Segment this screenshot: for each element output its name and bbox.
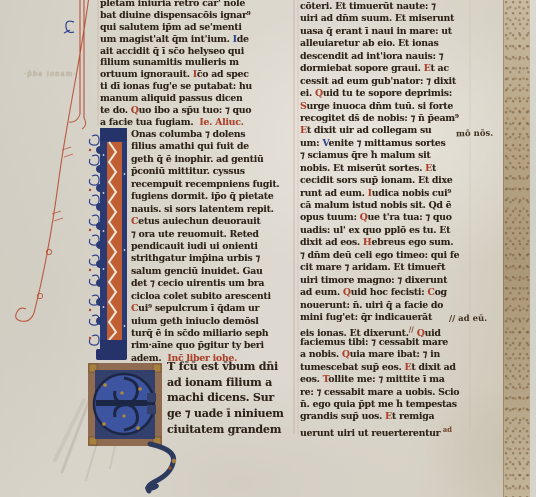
text-line: dormiebat sopore graui. Et ac xyxy=(300,63,469,75)
text-line: manum aliquid passus dicen xyxy=(100,93,288,105)
text-line: recogitet ds̄ de nobis: ⁊ n̄ p̄eam⁹ xyxy=(300,113,469,125)
text-line: runt ad eum. Iudica nobis cui⁹ xyxy=(300,188,469,200)
text-line: re: ⁊ cessabit mare a uobis. Scio xyxy=(300,387,469,399)
text-line: a facie tua fugiam. Ie. Aliuc. xyxy=(100,117,288,129)
text-line: ⁊ dn̄m deū celi ego timeo: qui fe xyxy=(300,250,469,262)
text-line: ciuitatem grandem xyxy=(167,422,290,438)
text-line: machi dicens. Sur xyxy=(167,390,290,406)
text-line: ad eum. Quid hoc fecisti: Cog xyxy=(300,287,469,299)
text-line: ⁊ ora ute reuomuit. Reted xyxy=(131,229,288,241)
text-line: Surge inuoca dn̄m tuū. si forte xyxy=(300,101,469,113)
illuminated-initial-e xyxy=(88,363,176,492)
text-line: te do. Quo ibo a sp̄u tuo: ⁊ quo xyxy=(100,105,288,117)
text-line: cecidit sors sup̄ ionam. Et dixe xyxy=(300,175,469,187)
text-line: geth q̄ ē inophir. ad gentiū xyxy=(131,154,288,166)
text-line: cā malum istud nobis sit. Qd ē xyxy=(300,200,469,212)
text-line: uiri timore magno: ⁊ dixerunt xyxy=(300,275,469,287)
left-column-incipit-text: T fc̄ū est v̄bum dn̄iad ionam filium ama… xyxy=(167,359,290,437)
text-line: opus tuum: Que t'ra tua: ⁊ quo xyxy=(300,212,469,224)
marginal-note-mid: // ad eū. xyxy=(449,314,487,324)
text-line: uerunt uiri ut reuerterentur ad xyxy=(300,424,469,436)
text-line: nauis. si sors latentem repit. xyxy=(131,204,288,216)
text-line: ad ionam filium a xyxy=(167,375,290,391)
text-line: ait accidit q̄ ī sc̄o helyseo qui xyxy=(100,46,288,58)
text-line: ortuum ignorauit. Ic̄o ad spec xyxy=(100,69,288,81)
manuscript-page: pletam iniuriā retro car' nolebat diuine… xyxy=(0,0,536,497)
text-line: dixit ad eos. Hebreus ego sum. xyxy=(300,237,469,249)
text-line: filius amathi qui fuit de xyxy=(131,141,288,153)
text-line: filium sunamitis mulieris m xyxy=(100,57,288,69)
text-line: eis ionas. Et dixerunt.// Quid xyxy=(300,324,469,336)
text-line: Et dixit uir ad collegam su xyxy=(300,125,469,137)
text-line: turq̄ ē in sc̄do miliario seph xyxy=(131,328,288,340)
text-line: tumescebat sup̄ eos. Et dixit ad xyxy=(300,362,469,374)
text-line: um: Venite ⁊ mittamus sortes xyxy=(300,138,469,150)
text-line: faciemus tibi: ⁊ cessabit mare xyxy=(300,337,469,349)
text-line: uasa q̄ erant ī naui in mare: ut xyxy=(300,26,469,38)
text-line: recempuit recempniens fugit. xyxy=(131,179,288,191)
text-line: ge ⁊ uade ī niniuem xyxy=(167,406,290,422)
text-line: a nobis. Quia mare ibat: ⁊ in xyxy=(300,349,469,361)
text-line: salum genciū inuidet. Gau xyxy=(131,266,288,278)
text-line: uiri ad dn̄m suum. Et miserunt xyxy=(300,13,469,25)
left-column-upper-text: pletam iniuriā retro car' nolebat diuine… xyxy=(100,0,288,129)
text-line: bat diuine dispensacōis ignar⁹ xyxy=(100,10,288,22)
marginal-note-top: mō nōs. xyxy=(456,129,493,140)
text-line: n̄. ego quia p̄pt me h̄ tempestas xyxy=(300,399,469,411)
text-line: cicloa colet subito arescenti xyxy=(131,291,288,303)
text-line: Onas columba ⁊ dolens xyxy=(131,129,288,141)
text-line: cōteri. Et timuerūt naute: ⁊ xyxy=(300,1,469,13)
text-line: fugiens dormit. ip̄o q̄ pietate xyxy=(131,191,288,203)
text-line: uium geth iniuclo demōsl xyxy=(131,316,288,328)
blue-curl-icon xyxy=(64,21,74,33)
text-line: uadis: ul' ex quo pplō es tu. Et xyxy=(300,225,469,237)
text-line: pendicauit iudi ui onienti xyxy=(131,241,288,253)
text-line: nobis. Et miserūt sortes. Et xyxy=(300,163,469,175)
left-column-prologue-text: Onas columba ⁊ dolensfilius amathi qui f… xyxy=(131,129,288,365)
text-line: alleuiaretur ab eio. Et ionas xyxy=(300,38,469,50)
text-line: um magist'alt q̄m int'ium. Ide xyxy=(100,34,288,46)
text-line: eos. Tollite me: ⁊ mittite ī ma xyxy=(300,374,469,386)
text-line: cessit ad eum gub'nator: ⁊ dixit xyxy=(300,76,469,88)
facing-page-edge xyxy=(530,0,536,497)
text-line: qui salutem ip̄m ad se'menti xyxy=(100,22,288,34)
penwork-flourish-icon xyxy=(16,0,89,321)
text-line: p̄coniū mittitur. cyssus xyxy=(131,166,288,178)
text-line: rim·aīne quo p̄gitur ty beri xyxy=(131,340,288,352)
text-line: nouerunt: n̄. uiri q̄ a facie do xyxy=(300,300,469,312)
text-line: strithgatur imp̄ina urbis ⁊ xyxy=(131,253,288,265)
text-line: cit mare ⁊ aridam. Et timuer̄t xyxy=(300,262,469,274)
text-line: pletam iniuriā retro car' nole xyxy=(100,0,288,10)
text-line: descendit ad int'iora nauis: ⁊ xyxy=(300,51,469,63)
faded-marginal-note: ·p̄ba ionam· xyxy=(24,70,77,78)
text-line: Cetus auiechun deuorauit xyxy=(131,216,288,228)
page-edge xyxy=(503,0,531,497)
text-line: ti dī ionas fug'e se putabat: hu xyxy=(100,81,288,93)
text-line: grandis sup̄ uos. Et remiga xyxy=(300,411,469,423)
text-line: ⁊ sciamus q̄re h̄ malum sit xyxy=(300,150,469,162)
text-line: T fc̄ū est v̄bum dn̄i xyxy=(167,359,290,375)
text-line: mini fug'et: q̄r indicauerāt xyxy=(300,312,469,324)
initial-i-bar xyxy=(96,128,127,360)
text-line: ei. Quid tu te sopore deprimis: xyxy=(300,88,469,100)
text-line: Cui⁹ sepulcrum ī q̄dam ur xyxy=(131,303,288,315)
right-column-text: cōteri. Et timuerūt naute: ⁊uiri ad dn̄m… xyxy=(300,1,469,436)
text-line: det ⁊ cecio uirentis um bra xyxy=(131,278,288,290)
